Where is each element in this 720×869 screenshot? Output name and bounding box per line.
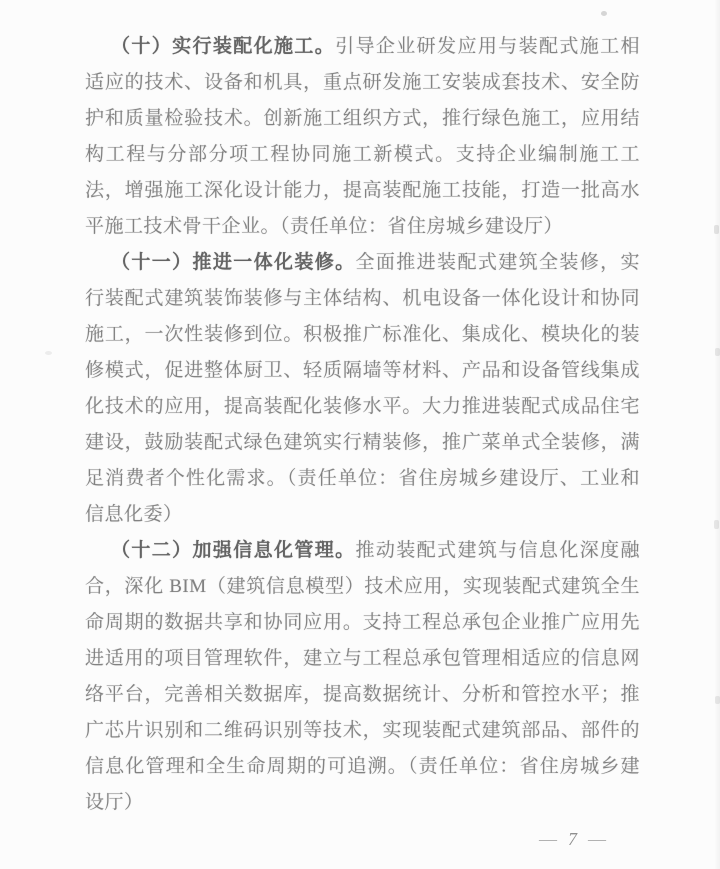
line-text: 进适用的项目管理软件，建立与工程总承包管理相适应的信息网	[85, 648, 640, 669]
text-line: 建设，鼓励装配式绿色建筑实行精装修，推广菜单式全装修，满	[85, 425, 640, 461]
line-text: 信息化委）	[85, 504, 183, 525]
text-line: 合，深化 BIM（建筑信息模型）技术应用，实现装配式建筑全生	[85, 569, 640, 605]
line-text: 法，增强施工深化设计能力，提高装配施工技能，打造一批高水	[85, 180, 640, 201]
line-text: 足消费者个性化需求。（责任单位：省住房城乡建设厅、工业和	[85, 468, 640, 489]
footer-dash-right: —	[588, 829, 606, 849]
text-line: 适应的技术、设备和机具，重点研发施工安装成套技术、安全防	[85, 65, 640, 101]
scan-artifact	[714, 520, 719, 529]
line-text: 施工，一次性装修到位。积极推广标准化、集成化、模块化的装	[85, 324, 640, 345]
line-text: 全面推进装配式建筑全装修，实	[356, 252, 640, 273]
line-text: 平施工技术骨干企业。（责任单位：省住房城乡建设厅）	[85, 216, 563, 237]
text-line: 命周期的数据共享和协同应用。支持工程总承包企业推广应用先	[85, 605, 640, 641]
line-text: 建设，鼓励装配式绿色建筑实行精装修，推广菜单式全装修，满	[85, 432, 640, 453]
text-line: （十一）推进一体化装修。全面推进装配式建筑全装修，实	[85, 245, 640, 281]
scan-artifact	[601, 11, 607, 16]
line-text: 合，深化 BIM（建筑信息模型）技术应用，实现装配式建筑全生	[85, 576, 640, 597]
page-footer: —7—	[0, 824, 720, 854]
line-text: 设厅）	[85, 792, 144, 813]
paragraph-lead: （十二）加强信息化管理。	[111, 540, 356, 561]
paragraph: （十）实行装配化施工。引导企业研发应用与装配式施工相适应的技术、设备和机具，重点…	[85, 29, 640, 245]
line-text: 修模式，促进整体厨卫、轻质隔墙等材料、产品和设备管线集成	[85, 360, 640, 381]
page-number: 7	[568, 829, 577, 849]
text-line: 广芯片识别和二维码识别等技术，实现装配式建筑部品、部件的	[85, 713, 640, 749]
line-text: 护和质量检验技术。创新施工组织方式，推行绿色施工，应用结	[85, 108, 640, 129]
paragraph-lead: （十）实行装配化施工。	[111, 36, 335, 57]
paragraph: （十一）推进一体化装修。全面推进装配式建筑全装修，实行装配式建筑装饰装修与主体结…	[85, 245, 640, 533]
line-text: 命周期的数据共享和协同应用。支持工程总承包企业推广应用先	[85, 612, 640, 633]
scan-edge-shading	[714, 0, 720, 869]
text-line: 护和质量检验技术。创新施工组织方式，推行绿色施工，应用结	[85, 101, 640, 137]
document-page: （十）实行装配化施工。引导企业研发应用与装配式施工相适应的技术、设备和机具，重点…	[0, 0, 720, 869]
line-text: 适应的技术、设备和机具，重点研发施工安装成套技术、安全防	[85, 72, 640, 93]
line-text: 行装配式建筑装饰装修与主体结构、机电设备一体化设计和协同	[85, 288, 640, 309]
text-line: 进适用的项目管理软件，建立与工程总承包管理相适应的信息网	[85, 641, 640, 677]
text-line: 信息化委）	[85, 497, 640, 533]
text-line: 修模式，促进整体厨卫、轻质隔墙等材料、产品和设备管线集成	[85, 353, 640, 389]
scan-artifact	[714, 225, 719, 234]
line-text: 信息化管理和全生命周期的可追溯。（责任单位：省住房城乡建	[85, 756, 640, 777]
line-text: 化技术的应用，提高装配化装修水平。大力推进装配式成品住宅	[85, 396, 640, 417]
text-line: 设厅）	[85, 785, 640, 821]
text-line: 施工，一次性装修到位。积极推广标准化、集成化、模块化的装	[85, 317, 640, 353]
footer-dash-left: —	[539, 829, 557, 849]
text-line: 足消费者个性化需求。（责任单位：省住房城乡建设厅、工业和	[85, 461, 640, 497]
text-line: 平施工技术骨干企业。（责任单位：省住房城乡建设厅）	[85, 209, 640, 245]
text-line: （十二）加强信息化管理。推动装配式建筑与信息化深度融	[85, 533, 640, 569]
text-line: 构工程与分部分项工程协同施工新模式。支持企业编制施工工	[85, 137, 640, 173]
text-line: 信息化管理和全生命周期的可追溯。（责任单位：省住房城乡建	[85, 749, 640, 785]
line-text: 引导企业研发应用与装配式施工相	[335, 36, 640, 57]
document-body: （十）实行装配化施工。引导企业研发应用与装配式施工相适应的技术、设备和机具，重点…	[85, 29, 640, 821]
line-text: 推动装配式建筑与信息化深度融	[356, 540, 640, 561]
line-text: 广芯片识别和二维码识别等技术，实现装配式建筑部品、部件的	[85, 720, 640, 741]
line-text: 构工程与分部分项工程协同施工新模式。支持企业编制施工工	[85, 144, 640, 165]
text-line: 行装配式建筑装饰装修与主体结构、机电设备一体化设计和协同	[85, 281, 640, 317]
line-text: 络平台，完善相关数据库，提高数据统计、分析和管控水平；推	[85, 684, 640, 705]
scan-artifact	[715, 696, 720, 704]
scan-artifact	[45, 351, 52, 355]
paragraph: （十二）加强信息化管理。推动装配式建筑与信息化深度融合，深化 BIM（建筑信息模…	[85, 533, 640, 821]
text-line: （十）实行装配化施工。引导企业研发应用与装配式施工相	[85, 29, 640, 65]
scan-artifact	[715, 348, 720, 356]
paragraph-lead: （十一）推进一体化装修。	[111, 252, 356, 273]
text-line: 法，增强施工深化设计能力，提高装配施工技能，打造一批高水	[85, 173, 640, 209]
text-line: 化技术的应用，提高装配化装修水平。大力推进装配式成品住宅	[85, 389, 640, 425]
text-line: 络平台，完善相关数据库，提高数据统计、分析和管控水平；推	[85, 677, 640, 713]
